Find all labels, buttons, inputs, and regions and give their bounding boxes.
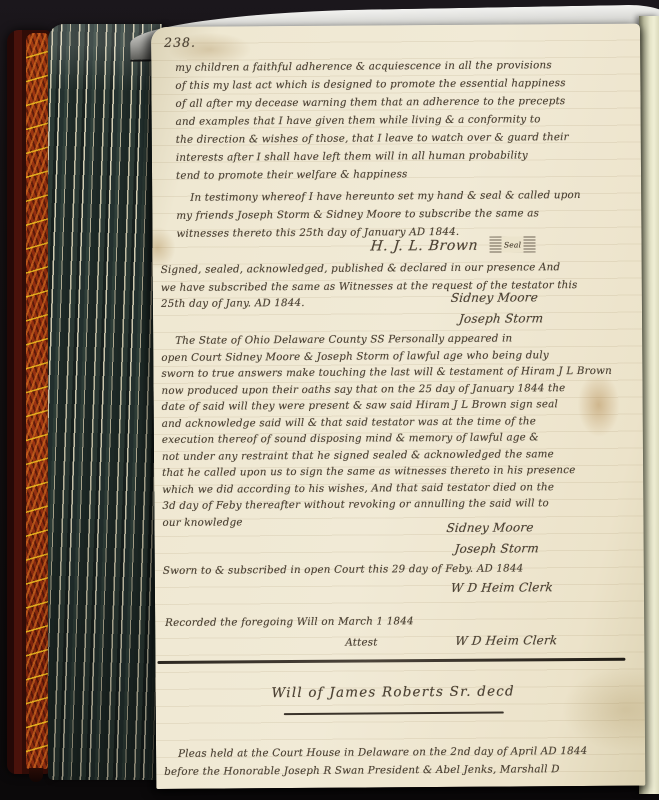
clerk-signature: W D Heim Clerk xyxy=(455,633,558,648)
probate-witness-signature: Sidney Moore xyxy=(446,520,535,535)
cover-corner xyxy=(29,768,43,782)
marbled-cover-strip xyxy=(26,33,48,769)
testator-signature-row: H. J. L. Brown Seal xyxy=(370,236,535,254)
court-session-paragraph: Pleas held at the Court House in Delawar… xyxy=(164,745,630,784)
sworn-line: Sworn to & subscribed in open Court this… xyxy=(163,562,524,577)
probate-line: our knowledge xyxy=(162,513,630,533)
will-body-line: tend to promote their welfare & happines… xyxy=(176,167,628,188)
page-edges-stack xyxy=(48,24,162,780)
photograph-of-will-record-book: 238. my children a faithful adherence & … xyxy=(0,0,659,800)
record-page: 238. my children a faithful adherence & … xyxy=(151,24,645,789)
clerk-signature: W D Heim Clerk xyxy=(450,580,553,595)
recorded-line: Recorded the foregoing Will on March 1 1… xyxy=(165,615,414,629)
next-will-heading: Will of James Roberts Sr. decd xyxy=(156,683,631,702)
will-body-paragraph: my children a faithful adherence & acqui… xyxy=(175,59,628,188)
section-rule xyxy=(157,658,625,664)
attest-label: Attest xyxy=(345,636,377,648)
book-cover xyxy=(7,30,51,774)
witness-signature: Joseph Storm xyxy=(458,311,544,326)
attestation-date: 25th day of Jany. AD 1844. xyxy=(161,297,305,310)
page-content: 238. my children a faithful adherence & … xyxy=(151,24,645,789)
page-number: 238. xyxy=(164,35,196,50)
attestation-paragraph: Signed, sealed, acknowledged, published … xyxy=(161,261,627,300)
testator-signature: H. J. L. Brown xyxy=(370,238,479,255)
probate-witness-signature: Joseph Storm xyxy=(454,541,540,556)
witness-signature: Sidney Moore xyxy=(450,290,539,305)
probate-paragraph: The State of Ohio Delaware County SS Per… xyxy=(161,332,630,533)
seal-label: Seal xyxy=(490,236,536,252)
heading-underline xyxy=(284,712,504,715)
seal-scribble: Seal xyxy=(490,236,536,252)
court-session-line: before the Honorable Joseph R Swan Presi… xyxy=(164,763,630,784)
